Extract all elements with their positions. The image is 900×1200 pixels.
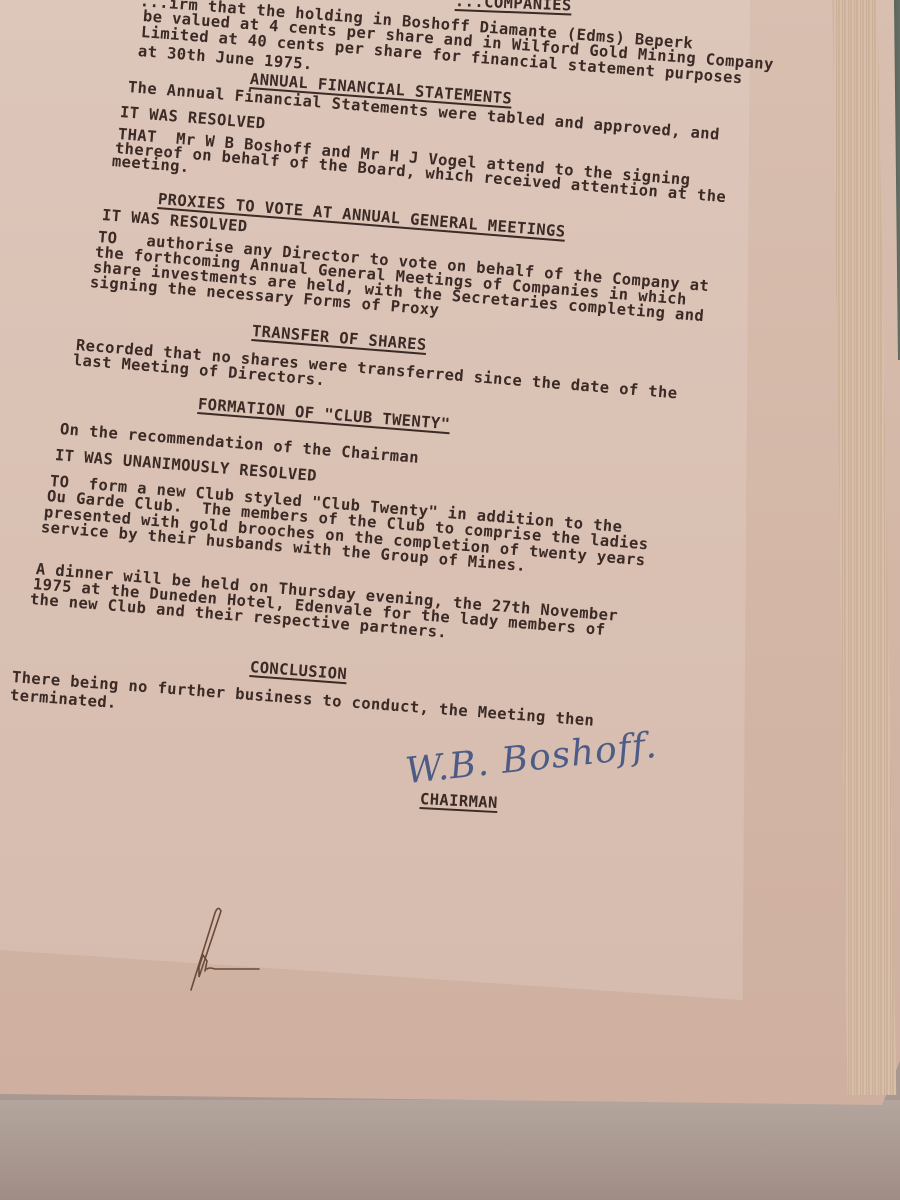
heading-transfer-of-shares: TRANSFER OF SHARES xyxy=(251,322,427,354)
handwritten-initial-mark xyxy=(185,895,265,995)
heading-club-twenty: FORMATION OF "CLUB TWENTY" xyxy=(197,395,451,433)
heading-conclusion: CONCLUSION xyxy=(249,658,347,683)
chairman-signature: W.B. Boshoff. xyxy=(404,725,660,792)
typed-minutes: ...COMPANIES ...irm that the holding in … xyxy=(0,0,900,1000)
table-surface xyxy=(0,1100,900,1200)
cut-off-heading: ...COMPANIES xyxy=(455,0,572,14)
chairman-title: CHAIRMAN xyxy=(420,790,499,812)
